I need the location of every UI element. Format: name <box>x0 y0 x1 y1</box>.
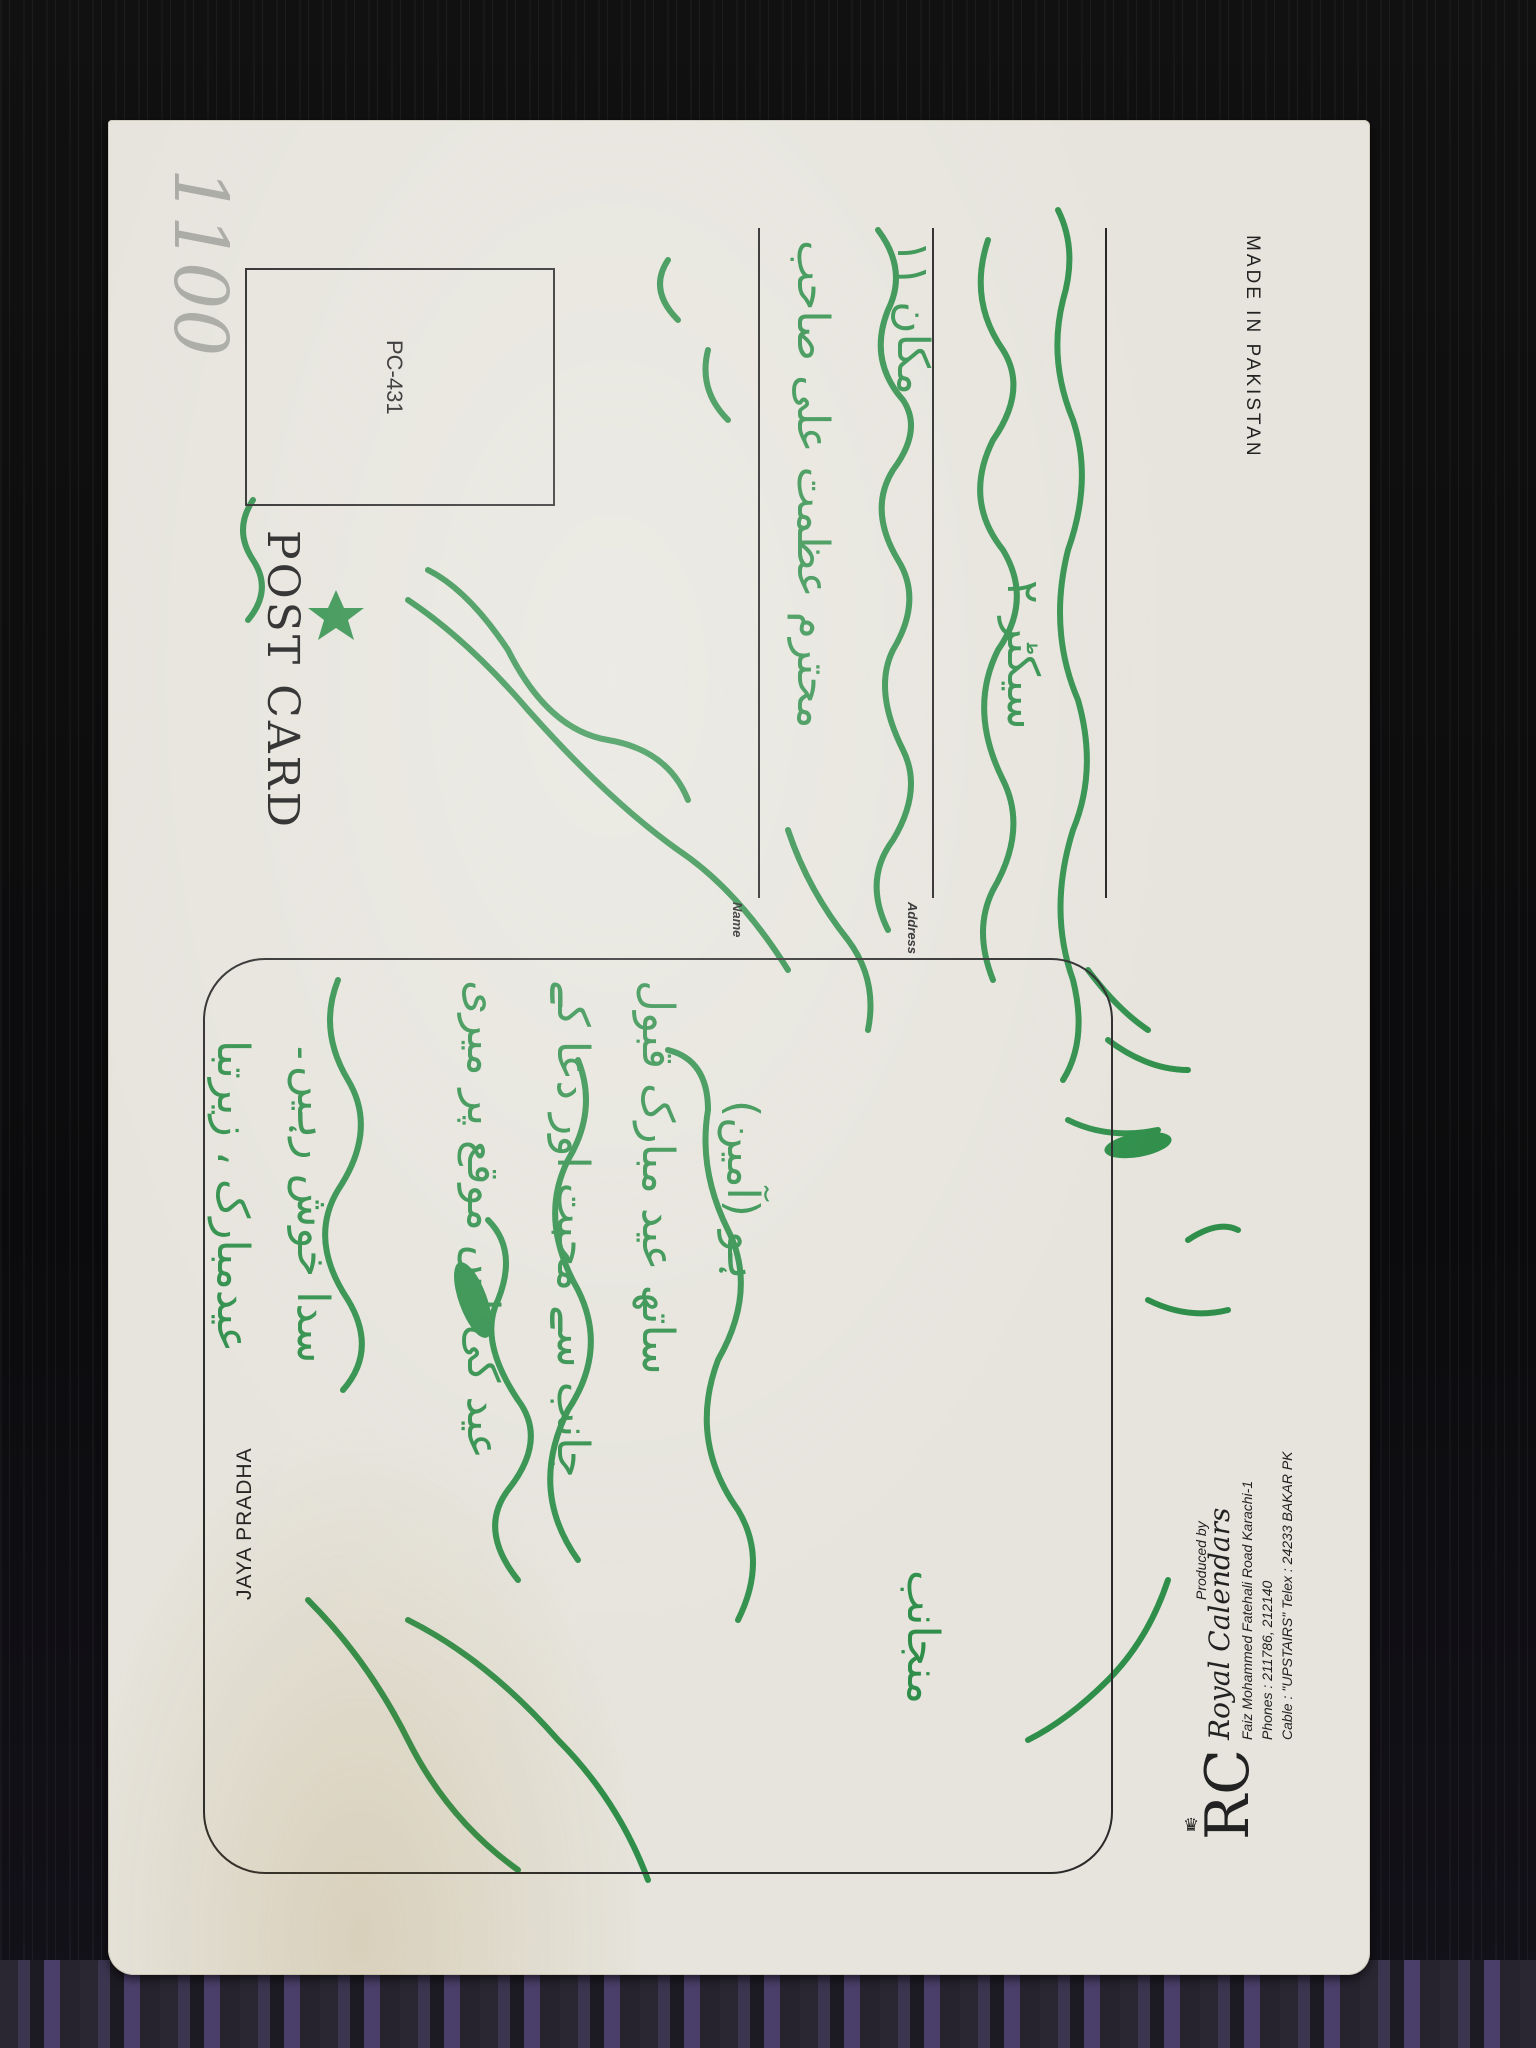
stamp-box: PC-431 <box>245 268 555 506</box>
message-line-5: ساتھ عید مبارک قبول <box>632 980 683 1375</box>
handwritten-address-1: محترم عظمت علی صاحب <box>787 240 838 728</box>
message-line-3: عید کی اس موقع پر میری <box>457 980 508 1459</box>
message-line-2: سدا خوش رہیں۔ <box>287 1040 338 1363</box>
handwritten-address-2: مکان ۱۱ <box>887 240 938 395</box>
postcard: 1100 PC-431 POST CARD Name Address MADE … <box>108 120 1370 1975</box>
post-card-header: POST CARD <box>257 530 308 830</box>
message-line-6: ہو (آمین) <box>717 1100 768 1279</box>
company-cable-telex: Cable : "UPSTAIRS" Telex : 24233 BAKAR P… <box>1278 1451 1297 1740</box>
company-name: Royal Calendars <box>1203 1508 1236 1740</box>
company-phones: Phones : 211786, 212140 <box>1258 1581 1277 1740</box>
made-in-label: MADE IN PAKISTAN <box>1241 235 1263 459</box>
signature: منجانب <box>897 1570 948 1704</box>
company-address: Faiz Mohammed Fatehali Road Karachi-1 <box>1238 1481 1257 1740</box>
name-label: Name <box>730 902 745 937</box>
caption-label: JAYA PRADHA <box>233 1447 257 1600</box>
message-line-4: جانب سے محبت اور دعا کے <box>547 980 598 1478</box>
message-line-1: عیدمبارک ، زیرتبا <box>207 1040 258 1352</box>
handwritten-address-3: سیکٹر ۲ <box>997 580 1048 730</box>
crown-icon: ♛ <box>1183 1815 1199 1836</box>
stamp-code: PC-431 <box>381 340 407 415</box>
pencil-price-mark: 1100 <box>157 168 243 356</box>
name-line <box>758 228 760 898</box>
address-label: Address <box>905 902 920 954</box>
royal-calendars-logo: RC <box>1193 1749 1263 1840</box>
address-line-2 <box>1105 228 1107 898</box>
